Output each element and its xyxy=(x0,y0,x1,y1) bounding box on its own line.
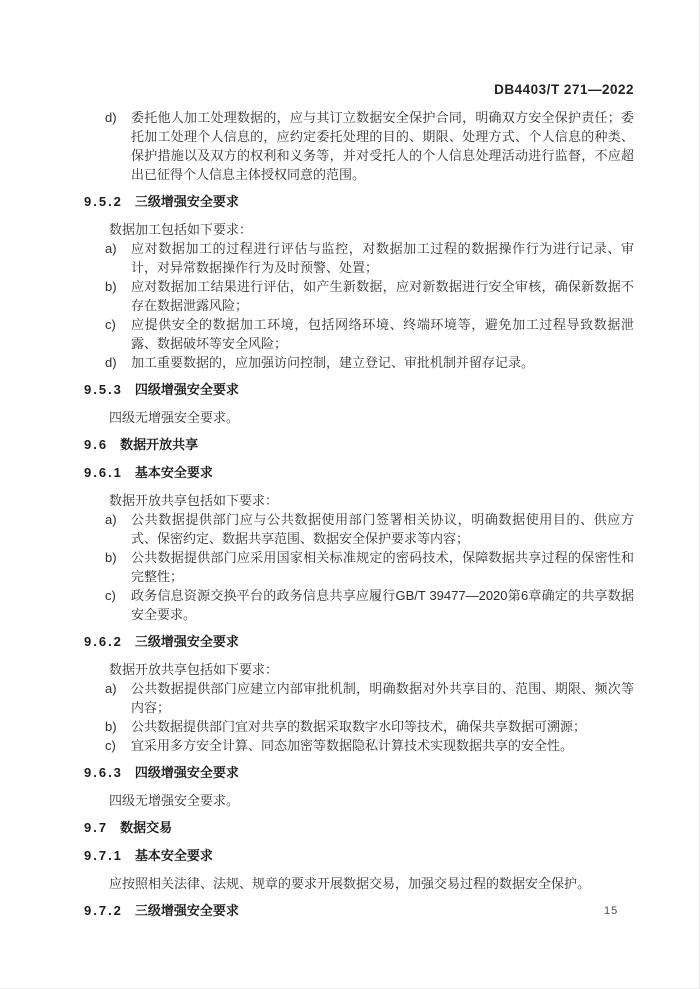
item-marker: a) xyxy=(105,510,131,548)
heading-number: 9.5.2 xyxy=(84,194,123,209)
item-marker: d) xyxy=(105,353,131,372)
page-footer: 15 xyxy=(604,905,618,917)
section-heading-952: 9.5.2三级增强安全要求 xyxy=(84,192,634,211)
heading-number: 9.7 xyxy=(84,820,108,835)
item-text: 政务信息资源交换平台的政务信息共享应履行GB/T 39477—2020第6章确定… xyxy=(131,586,634,624)
page-header: DB4403/T 271—2022 xyxy=(494,82,634,97)
clause-list-961: a) 公共数据提供部门应与公共数据使用部门签署相关协议，明确数据使用目的、供应方… xyxy=(84,510,634,624)
heading-number: 9.7.1 xyxy=(84,848,123,863)
paragraph: 数据开放共享包括如下要求： xyxy=(84,491,634,510)
heading-title: 数据交易 xyxy=(120,820,172,835)
item-marker: a) xyxy=(105,679,131,717)
heading-number: 9.6.2 xyxy=(84,634,123,649)
heading-title: 三级增强安全要求 xyxy=(135,634,239,649)
item-text: 公共数据提供部门应建立内部审批机制，明确数据对外共享目的、范围、期限、频次等内容… xyxy=(131,679,634,717)
heading-number: 9.6.3 xyxy=(84,765,123,780)
heading-title: 三级增强安全要求 xyxy=(135,903,239,918)
item-text: 委托他人加工处理数据的，应与其订立数据安全保护合同，明确双方安全保护责任；委托加… xyxy=(131,108,634,184)
clause-item: d) 委托他人加工处理数据的，应与其订立数据安全保护合同，明确双方安全保护责任；… xyxy=(105,108,634,184)
section-heading-963: 9.6.3四级增强安全要求 xyxy=(84,763,634,782)
heading-title: 基本安全要求 xyxy=(135,465,213,480)
clause-item: b) 公共数据提供部门宜对共享的数据采取数字水印等技术，确保共享数据可溯源； xyxy=(105,717,634,736)
clause-item: b) 公共数据提供部门应采用国家相关标准规定的密码技术，保障数据共享过程的保密性… xyxy=(105,548,634,586)
item-text: 应对数据加工结果进行评估，如产生新数据，应对新数据进行安全审核，确保新数据不存在… xyxy=(131,277,634,315)
paragraph: 数据加工包括如下要求： xyxy=(84,220,634,239)
section-heading-961: 9.6.1基本安全要求 xyxy=(84,463,634,482)
page-number: 15 xyxy=(604,905,618,917)
heading-title: 三级增强安全要求 xyxy=(135,194,239,209)
item-marker: d) xyxy=(105,108,131,184)
paragraph: 数据开放共享包括如下要求： xyxy=(84,660,634,679)
item-marker: b) xyxy=(105,548,131,586)
clause-item: b) 应对数据加工结果进行评估，如产生新数据，应对新数据进行安全审核，确保新数据… xyxy=(105,277,634,315)
section-heading-953: 9.5.3四级增强安全要求 xyxy=(84,380,634,399)
item-text: 公共数据提供部门应与公共数据使用部门签署相关协议，明确数据使用目的、供应方式、保… xyxy=(131,510,634,548)
item-marker: b) xyxy=(105,277,131,315)
clause-list-951-carryover: d) 委托他人加工处理数据的，应与其订立数据安全保护合同，明确双方安全保护责任；… xyxy=(84,108,634,184)
document-page: DB4403/T 271—2022 d) 委托他人加工处理数据的，应与其订立数据… xyxy=(0,0,700,989)
clause-item: a) 应对数据加工的过程进行评估与监控，对数据加工过程的数据操作行为进行记录、审… xyxy=(105,239,634,277)
section-heading-962: 9.6.2三级增强安全要求 xyxy=(84,632,634,651)
clause-item: d) 加工重要数据的，应加强访问控制，建立登记、审批机制并留存记录。 xyxy=(105,353,634,372)
heading-title: 四级增强安全要求 xyxy=(135,382,239,397)
clause-list-952: a) 应对数据加工的过程进行评估与监控，对数据加工过程的数据操作行为进行记录、审… xyxy=(84,239,634,372)
item-text: 应提供安全的数据加工环境，包括网络环境、终端环境等，避免加工过程导致数据泄露、数… xyxy=(131,315,634,353)
item-text: 公共数据提供部门宜对共享的数据采取数字水印等技术，确保共享数据可溯源； xyxy=(131,717,634,736)
item-marker: a) xyxy=(105,239,131,277)
clause-item: c) 应提供安全的数据加工环境，包括网络环境、终端环境等，避免加工过程导致数据泄… xyxy=(105,315,634,353)
clause-item: c) 宜采用多方安全计算、同态加密等数据隐私计算技术实现数据共享的安全性。 xyxy=(105,736,634,755)
heading-number: 9.5.3 xyxy=(84,382,123,397)
heading-number: 9.6.1 xyxy=(84,465,123,480)
document-content: d) 委托他人加工处理数据的，应与其订立数据安全保护合同，明确双方安全保护责任；… xyxy=(84,108,634,929)
section-heading-96: 9.6数据开放共享 xyxy=(84,435,634,454)
clause-item: a) 公共数据提供部门应建立内部审批机制，明确数据对外共享目的、范围、期限、频次… xyxy=(105,679,634,717)
paragraph: 四级无增强安全要求。 xyxy=(84,791,634,810)
clause-item: a) 公共数据提供部门应与公共数据使用部门签署相关协议，明确数据使用目的、供应方… xyxy=(105,510,634,548)
item-text: 应对数据加工的过程进行评估与监控，对数据加工过程的数据操作行为进行记录、审计，对… xyxy=(131,239,634,277)
heading-title: 四级增强安全要求 xyxy=(135,765,239,780)
item-marker: b) xyxy=(105,717,131,736)
heading-title: 数据开放共享 xyxy=(120,437,198,452)
item-text: 宜采用多方安全计算、同态加密等数据隐私计算技术实现数据共享的安全性。 xyxy=(131,736,634,755)
section-heading-97: 9.7数据交易 xyxy=(84,818,634,837)
item-text: 加工重要数据的，应加强访问控制，建立登记、审批机制并留存记录。 xyxy=(131,353,634,372)
heading-title: 基本安全要求 xyxy=(135,848,213,863)
heading-number: 9.6 xyxy=(84,437,108,452)
item-text: 公共数据提供部门应采用国家相关标准规定的密码技术，保障数据共享过程的保密性和完整… xyxy=(131,548,634,586)
paragraph: 四级无增强安全要求。 xyxy=(84,408,634,427)
section-heading-972: 9.7.2三级增强安全要求 xyxy=(84,901,634,920)
heading-number: 9.7.2 xyxy=(84,903,123,918)
item-marker: c) xyxy=(105,736,131,755)
item-marker: c) xyxy=(105,315,131,353)
paragraph: 应按照相关法律、法规、规章的要求开展数据交易，加强交易过程的数据安全保护。 xyxy=(84,874,634,893)
clause-item: c) 政务信息资源交换平台的政务信息共享应履行GB/T 39477—2020第6… xyxy=(105,586,634,624)
clause-list-962: a) 公共数据提供部门应建立内部审批机制，明确数据对外共享目的、范围、期限、频次… xyxy=(84,679,634,755)
standard-number: DB4403/T 271—2022 xyxy=(494,82,634,97)
section-heading-971: 9.7.1基本安全要求 xyxy=(84,846,634,865)
item-marker: c) xyxy=(105,586,131,624)
